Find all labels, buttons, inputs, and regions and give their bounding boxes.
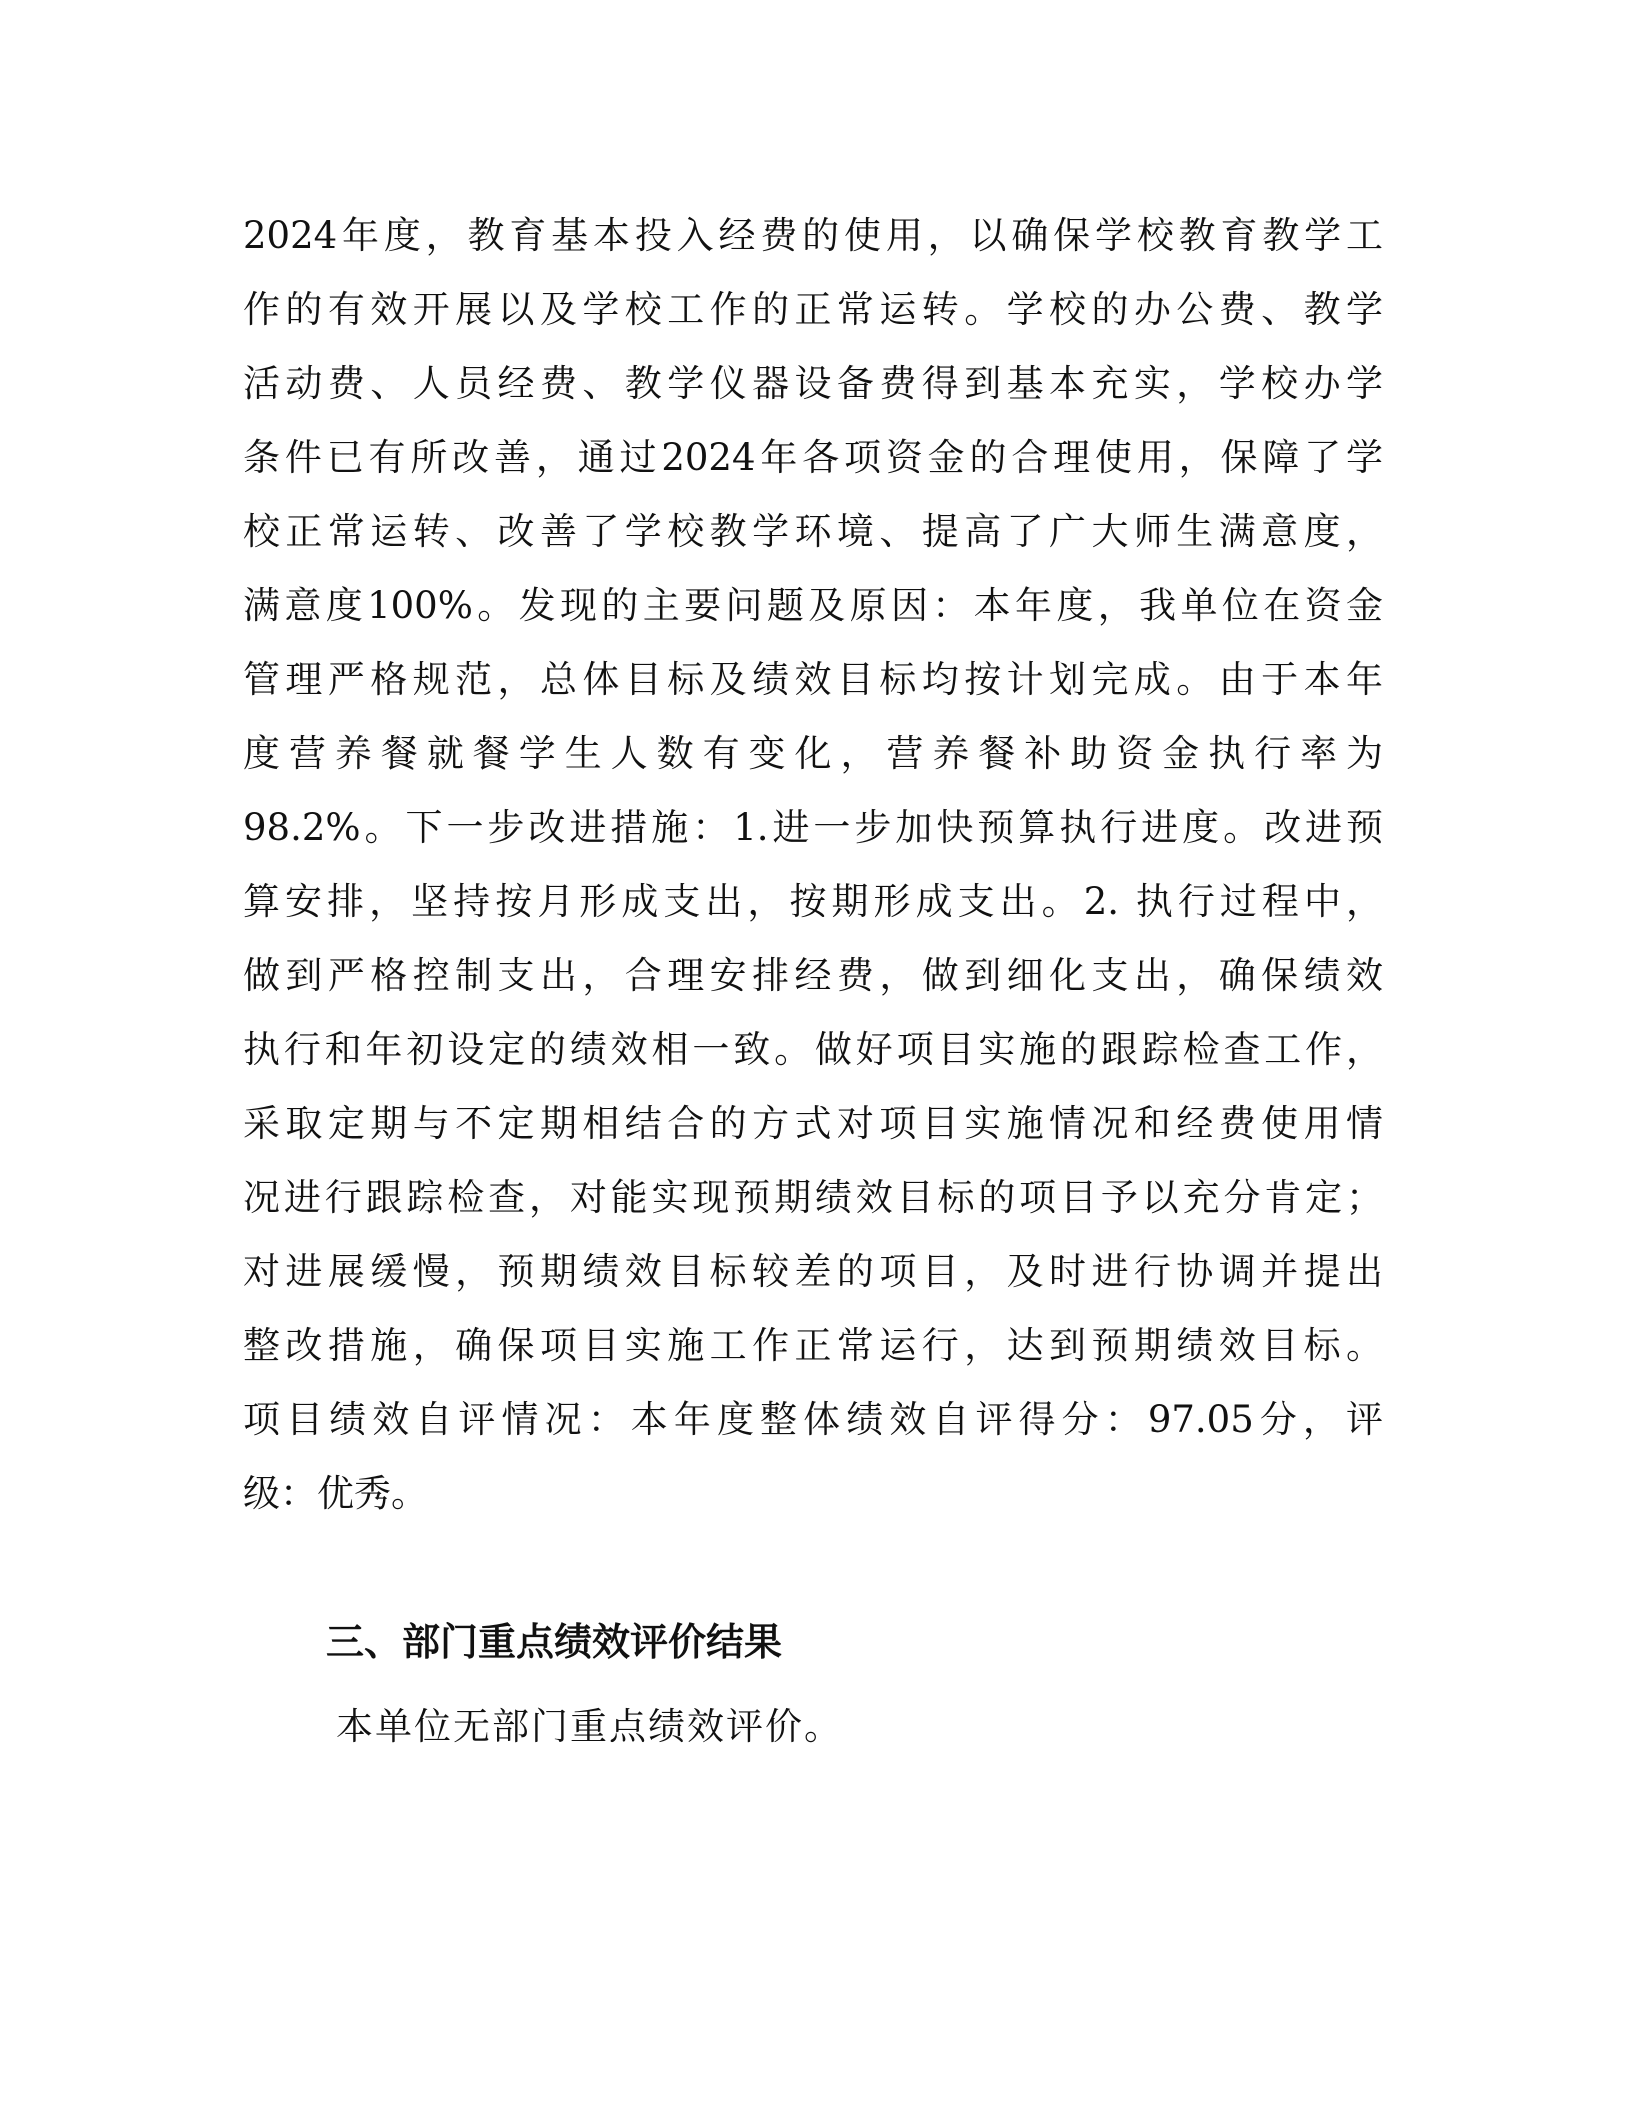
text-line: 项目绩效自评情况：本年度整体绩效自评得分：97.05分，评 [243,1396,1383,1444]
text-line: 2024年度，教育基本投入经费的使用，以确保学校教育教学工 [243,212,1383,260]
text-line: 校正常运转、改善了学校教学环境、提高了广大师生满意度， [243,508,1383,556]
section-heading: 三、部门重点绩效评价结果 [326,1618,782,1666]
text-line: 算安排，坚持按月形成支出，按期形成支出。2. 执行过程中， [243,878,1383,926]
section-body: 本单位无部门重点绩效评价。 [336,1703,843,1751]
text-line: 98.2%。下一步改进措施：1.进一步加快预算执行进度。改进预 [243,804,1383,852]
text-line: 整改措施，确保项目实施工作正常运行，达到预期绩效目标。 [243,1322,1383,1370]
text-line: 采取定期与不定期相结合的方式对项目实施情况和经费使用情 [243,1100,1383,1148]
text-line: 执行和年初设定的绩效相一致。做好项目实施的跟踪检查工作， [243,1026,1383,1074]
text-line: 况进行跟踪检查，对能实现预期绩效目标的项目予以充分肯定； [243,1174,1383,1222]
text-line: 作的有效开展以及学校工作的正常运转。学校的办公费、教学 [243,286,1383,334]
text-line: 度营养餐就餐学生人数有变化，营养餐补助资金执行率为 [243,730,1383,778]
document-page: 2024年度，教育基本投入经费的使用，以确保学校教育教学工 作的有效开展以及学校… [0,0,1632,2112]
text-line: 级：优秀。 [243,1470,1383,1518]
text-line: 满意度100%。发现的主要问题及原因：本年度，我单位在资金 [243,582,1383,630]
text-line: 对进展缓慢，预期绩效目标较差的项目，及时进行协调并提出 [243,1248,1383,1296]
text-line: 做到严格控制支出，合理安排经费，做到细化支出，确保绩效 [243,952,1383,1000]
text-line: 条件已有所改善，通过2024年各项资金的合理使用，保障了学 [243,434,1383,482]
text-line: 活动费、人员经费、教学仪器设备费得到基本充实，学校办学 [243,360,1383,408]
text-line: 管理严格规范，总体目标及绩效目标均按计划完成。由于本年 [243,656,1383,704]
